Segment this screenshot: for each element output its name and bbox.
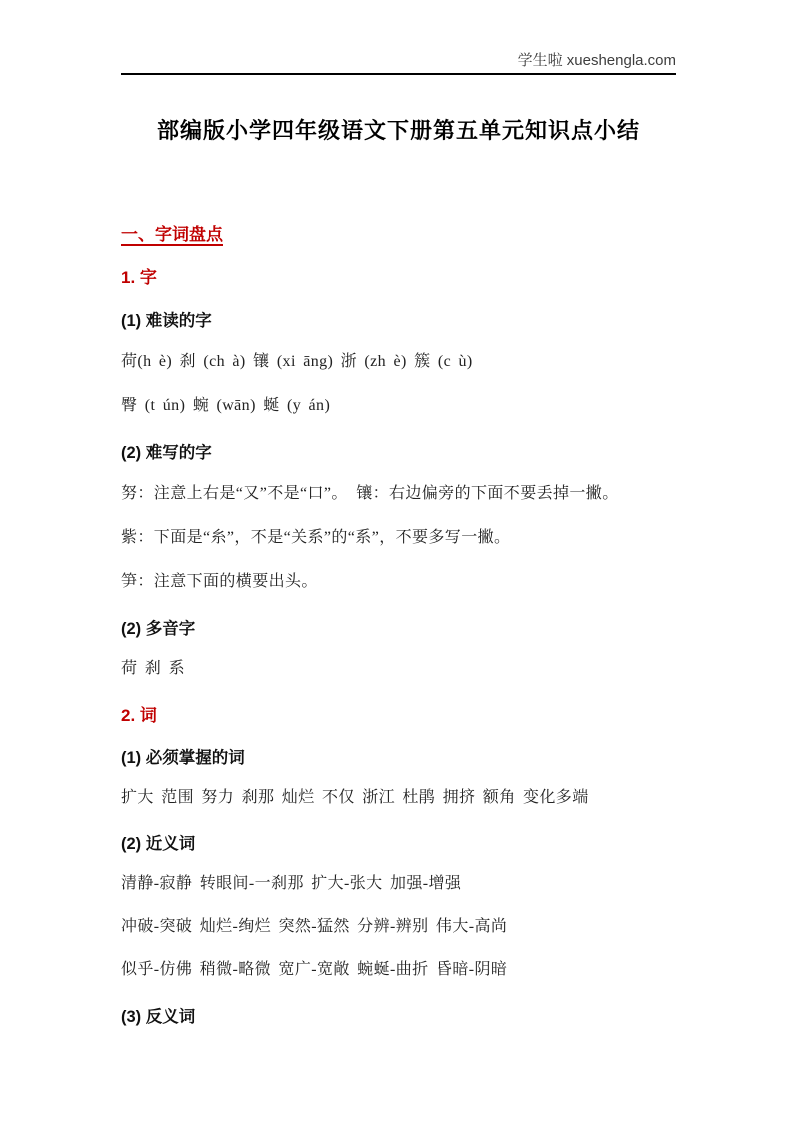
subheading-nanxie-zi: (2) 难写的字 — [121, 439, 681, 463]
document-title: 部编版小学四年级语文下册第五单元知识点小结 — [110, 116, 687, 146]
line-nanxie-zi: 紫：下面是“糸”，不是“关系”的“系”，不要多写一撇。 — [121, 527, 681, 549]
line-nanxie-nu: 努：注意上右是“又”不是“口”。 镶：右边偏旁的下面不要丢掉一撇。 — [121, 483, 681, 505]
line-duoyinzi: 荷 刹 系 — [121, 658, 681, 680]
subheading-duoyinzi: (2) 多音字 — [121, 615, 681, 639]
heading-ci: 2. 词 — [121, 701, 681, 726]
line-nandu-2: 臀 (t ún) 蜿 (wān) 蜒 (y án) — [121, 395, 681, 417]
subheading-nandu-zi: (1) 难读的字 — [121, 307, 681, 331]
subheading-bixu-zhangwo: (1) 必须掌握的词 — [121, 744, 681, 768]
line-bixu-words: 扩大 范围 努力 刹那 灿烂 不仅 浙江 杜鹃 拥挤 额角 变化多端 — [121, 787, 681, 809]
heading-zici-pandian-text: 一、字词盘点 — [121, 225, 223, 244]
line-nandu-1: 荷(h è) 刹 (ch à) 镶 (xi āng) 浙 (zh è) 簇 (c… — [121, 351, 681, 373]
heading-zici-pandian: 一、字词盘点 — [121, 220, 681, 245]
document-page: 学生啦 xueshengla.com 部编版小学四年级语文下册第五单元知识点小结… — [0, 0, 793, 1122]
subheading-jinyici: (2) 近义词 — [121, 830, 681, 854]
line-jinyici-3: 似乎-仿佛 稍微-略微 宽广-宽敞 蜿蜒-曲折 昏暗-阴暗 — [121, 959, 681, 981]
line-jinyici-2: 冲破-突破 灿烂-绚烂 突然-猛然 分辨-辨别 伟大-高尚 — [121, 916, 681, 938]
subheading-fanyici: (3) 反义词 — [121, 1003, 681, 1027]
line-jinyici-1: 清静-寂静 转眼间-一刹那 扩大-张大 加强-增强 — [121, 873, 681, 895]
heading-zi: 1. 字 — [121, 263, 681, 288]
header-divider — [121, 73, 676, 75]
line-nanxie-sun: 笋：注意下面的横要出头。 — [121, 571, 681, 593]
site-watermark: 学生啦 xueshengla.com — [121, 51, 676, 71]
